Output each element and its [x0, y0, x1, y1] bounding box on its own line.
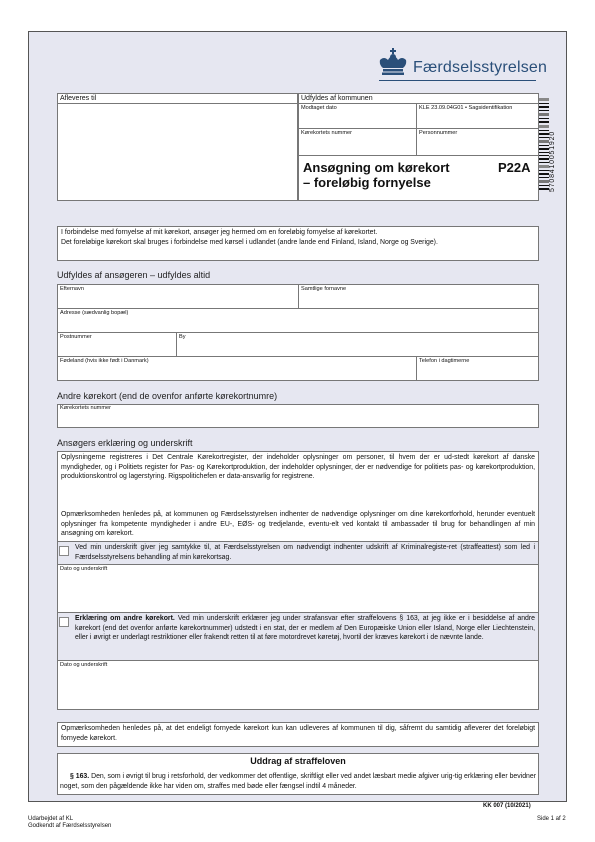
municipality-header: Udfyldes af kommunen [301, 94, 373, 103]
signature1-field[interactable] [58, 574, 538, 612]
logo-underline [379, 80, 536, 81]
form-title: Ansøgning om kørekort – foreløbig fornye… [303, 160, 450, 190]
municipality-license-number-field[interactable]: Kørekortets nummer [301, 130, 352, 137]
birth-country-field[interactable]: Fødeland (hvis ikke født i Danmark) [60, 358, 149, 365]
phone-field[interactable]: Telefon i dagtimerne [419, 358, 469, 365]
signature2-field[interactable] [58, 670, 538, 709]
intro-text: I forbindelse med fornyelse af mit kørek… [57, 226, 539, 261]
consent-text: Ved min underskrift giver jeg samtykke t… [75, 543, 535, 562]
signature2-label: Dato og underskrift [60, 662, 107, 669]
deliver-to-box[interactable] [57, 93, 298, 201]
surname-field[interactable]: Efternavn [60, 286, 84, 293]
form-code: P22A [498, 160, 531, 175]
other-license-number-label: Kørekortets nummer [60, 405, 111, 412]
postcode-field[interactable]: Postnummer [60, 334, 92, 341]
signature1-label: Dato og underskrift [60, 566, 107, 573]
declaration-title: Ansøgers erklæring og underskrift [57, 438, 193, 449]
other-licenses-title: Andre kørekort (end de ovenfor anførte k… [57, 391, 277, 402]
other-licenses-checkbox[interactable] [59, 617, 69, 627]
approved-by: Godkendt af Færdselsstyrelsen [28, 823, 111, 830]
prepared-by: Udarbejdet af KL [28, 816, 73, 823]
applicant-section-title: Udfyldes af ansøgeren – udfyldes altid [57, 270, 210, 281]
pickup-notice: Opmærksomheden henledes på, at det endel… [57, 722, 539, 747]
case-id-field[interactable]: KLE 23.09.04G01 • Sagsidentifikation [419, 105, 512, 112]
law-excerpt-text: § 163. Den, som i øvrigt til brug i rets… [60, 772, 536, 791]
consent-checkbox[interactable] [59, 546, 69, 556]
cpr-field[interactable]: Personnummer [419, 130, 457, 137]
deliver-to-label: Afleveres til [60, 94, 96, 103]
logo-text: Færdselsstyrelsen [413, 59, 547, 77]
barcode-icon [539, 98, 549, 192]
registry-info-text: Oplysningerne registreres i Det Centrale… [61, 453, 535, 482]
barcode-number: 5708410051920 [549, 98, 559, 192]
page-number: Side 1 af 2 [537, 816, 566, 823]
other-license-number-field[interactable] [57, 404, 539, 428]
received-date-field[interactable]: Modtaget dato [301, 105, 337, 112]
address-field[interactable]: Adresse (sædvanlig bopæl) [60, 310, 128, 317]
firstnames-field[interactable]: Samtlige fornavne [301, 286, 346, 293]
law-excerpt-title: Uddrag af straffeloven [57, 756, 539, 766]
data-collection-notice: Opmærksomheden henledes på, at kommunen … [61, 510, 535, 539]
city-field[interactable]: By [179, 334, 186, 341]
other-licenses-declaration: Erklæring om andre kørekort. Ved min und… [75, 614, 535, 643]
form-code-footer: KK 007 (10/2021) [483, 803, 531, 810]
crown-icon [378, 48, 408, 76]
